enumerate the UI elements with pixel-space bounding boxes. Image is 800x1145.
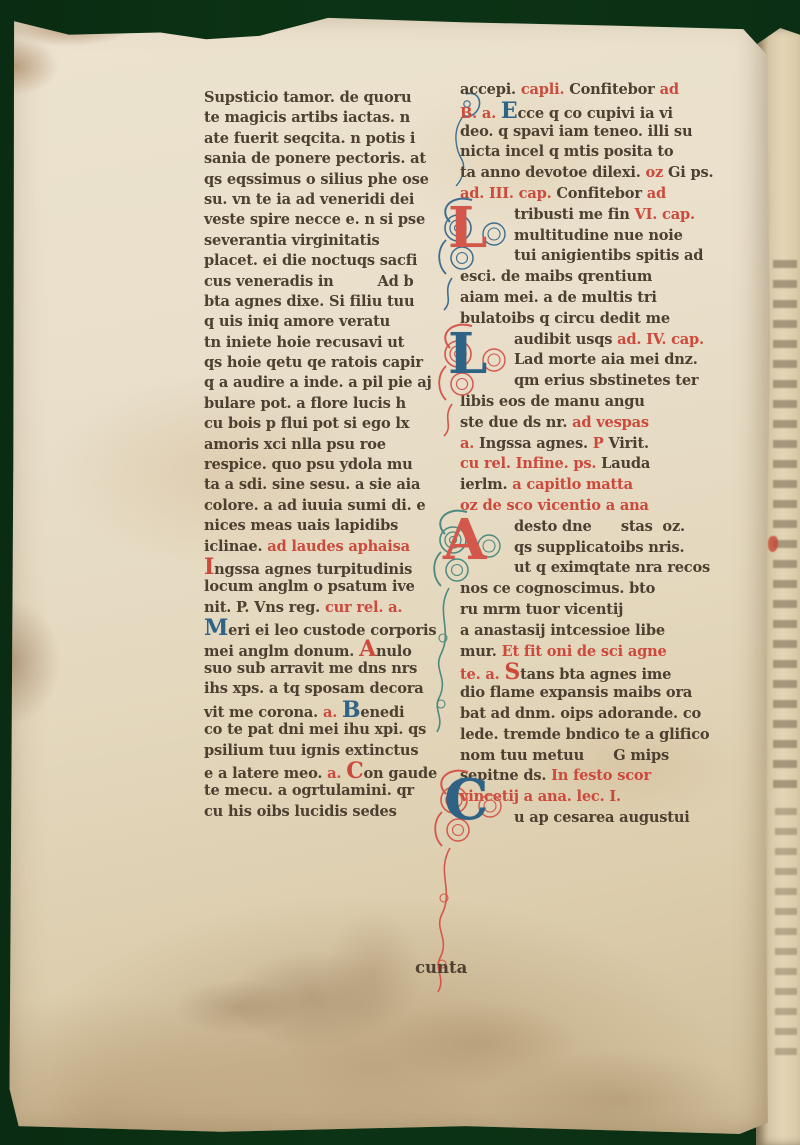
manuscript-line: ierlm. a capitlo matta xyxy=(460,475,752,496)
manuscript-photo: Supsticio tamor. de quorute magicis arti… xyxy=(0,0,800,1145)
text-segment: ierlm. xyxy=(460,476,512,493)
text-segment: qs eqssimus o silius phe ose xyxy=(204,171,429,188)
text-segment: ta anno devotoe dilexi. xyxy=(460,164,646,181)
text-segment-red: In festo scor xyxy=(551,767,651,784)
manuscript-line: Supsticio tamor. de quoru xyxy=(204,88,458,108)
text-segment-red: oz de sco vicentio a ana xyxy=(460,497,649,514)
text-segment-red: cu rel. Infine. ps. xyxy=(460,455,601,472)
text-segment: amoris xci nlla psu roe xyxy=(204,436,386,453)
manuscript-line: te. a. Stans bta agnes ime xyxy=(460,662,752,683)
text-segment: cus veneradis in Ad b xyxy=(204,273,414,290)
manuscript-line: ta a sdi. sine sesu. a sie aia xyxy=(204,475,458,495)
manuscript-line: aiam mei. a de multis tri xyxy=(460,288,752,309)
text-segment-red: ad vespas xyxy=(572,414,649,431)
manuscript-line: lede. tremde bndico te a glifico xyxy=(460,725,752,746)
text-segment-red: te. a. xyxy=(460,666,504,683)
text-segment: tribusti me fin xyxy=(514,206,635,223)
manuscript-line: a. Ingssa agnes. P Virit. xyxy=(460,434,752,455)
manuscript-line: a anastasij intcessioe libe xyxy=(460,621,752,642)
manuscript-line: su. vn te ia ad veneridi dei xyxy=(204,190,458,210)
text-segment: bulare pot. a flore lucis h xyxy=(204,395,406,412)
manuscript-line: psilium tuu ignis extinctus xyxy=(204,741,458,761)
text-segment: co te pat dni mei ihu xpi. qs xyxy=(204,721,426,738)
manuscript-line: ta anno devotoe dilexi. oz Gi ps. xyxy=(460,163,752,184)
manuscript-line: sania de ponere pectoris. at xyxy=(204,149,458,169)
manuscript-line: cus veneradis in Ad b xyxy=(204,272,458,292)
text-segment: veste spire necce e. n si pse xyxy=(204,211,425,228)
manuscript-line: tribusti me fin VI. cap. xyxy=(460,205,752,226)
manuscript-line: suo sub arravit me dns nrs xyxy=(204,659,458,679)
manuscript-line: mei anglm donum. Anulo xyxy=(204,639,458,659)
manuscript-line: u ap cesarea augustui xyxy=(460,808,752,829)
text-segment: Virit. xyxy=(608,435,648,452)
text-segment: mei anglm donum. xyxy=(204,643,359,660)
text-segment: severantia virginitatis xyxy=(204,232,380,249)
text-segment: ru mrm tuor vicentij xyxy=(460,601,623,618)
manuscript-line: qs supplicatoibs nris. xyxy=(460,538,752,559)
manuscript-line: bat ad dnm. oips adorande. co xyxy=(460,704,752,725)
manuscript-line: bta agnes dixe. Si filiu tuu xyxy=(204,292,458,312)
text-segment-red: capli. xyxy=(521,81,569,98)
text-segment: respice. quo psu ydola mu xyxy=(204,456,413,473)
manuscript-line: multitudine nue noie xyxy=(460,226,752,247)
text-segment: bulatoibs q circu dedit me xyxy=(460,310,670,327)
manuscript-line: ru mrm tuor vicentij xyxy=(460,600,752,621)
manuscript-line: dio flame expansis maibs ora xyxy=(460,683,752,704)
text-segment: Ingssa agnes. xyxy=(479,435,593,452)
manuscript-line: iclinae. ad laudes aphaisa xyxy=(204,537,458,557)
manuscript-line: qm erius sbstinetes ter xyxy=(460,371,752,392)
manuscript-line: respice. quo psu ydola mu xyxy=(204,455,458,475)
manuscript-line: q a audire a inde. a pil pie aj xyxy=(204,373,458,393)
text-segment: accepi. xyxy=(460,81,521,98)
text-segment-red: ad xyxy=(647,185,666,202)
text-segment: e a latere meo. xyxy=(204,765,327,782)
parchment-mottling xyxy=(8,904,770,1134)
text-segment-red: P xyxy=(593,435,609,452)
text-segment: sania de ponere pectoris. at xyxy=(204,150,426,167)
manuscript-line: sepitne ds. In festo scor xyxy=(460,766,752,787)
manuscript-line: ste due ds nr. ad vespas xyxy=(460,413,752,434)
text-segment: te mecu. a ogrtulamini. qr xyxy=(204,782,414,799)
text-segment: sepitne ds. xyxy=(460,767,551,784)
manuscript-line: nit. P. Vns reg. cur rel. a. xyxy=(204,598,458,618)
text-segment-red: cur rel. a. xyxy=(325,599,402,616)
text-segment-redinit: C xyxy=(346,758,363,784)
text-segment-red: VI. cap. xyxy=(635,206,695,223)
manuscript-line: tn iniete hoie recusavi ut xyxy=(204,333,458,353)
manuscript-line: vit me corona. a. Benedi xyxy=(204,700,458,720)
manuscript-line: tui anigientibs spitis ad xyxy=(460,246,752,267)
manuscript-line: desto dne stas oz. xyxy=(460,517,752,538)
text-segment: nom tuu metuu G mips xyxy=(460,747,669,764)
text-segment: ihs xps. a tq sposam decora xyxy=(204,680,424,697)
manuscript-line: locum anglm o psatum ive xyxy=(204,577,458,597)
manuscript-line: vincetij a ana. lec. I. xyxy=(460,787,752,808)
text-segment: bat ad dnm. oips adorande. co xyxy=(460,705,701,722)
manuscript-line: veste spire necce e. n si pse xyxy=(204,210,458,230)
manuscript-line: Ingssa agnes turpitudinis xyxy=(204,557,458,577)
text-segment: multitudine nue noie xyxy=(514,227,683,244)
text-segment: tui anigientibs spitis ad xyxy=(514,247,703,264)
manuscript-line: q uis iniq amore veratu xyxy=(204,312,458,332)
text-segment: Supsticio tamor. de quoru xyxy=(204,89,411,106)
manuscript-line: bulatoibs q circu dedit me xyxy=(460,309,752,330)
text-segment: deo. q spavi iam teneo. illi su xyxy=(460,123,692,140)
text-segment: libis eos de manu angu xyxy=(460,393,645,410)
manuscript-line: te mecu. a ogrtulamini. qr xyxy=(204,781,458,801)
manuscript-line: nom tuu metuu G mips xyxy=(460,746,752,767)
manuscript-line: cu his oibs lucidis sedes xyxy=(204,802,458,822)
text-segment-redinit: A xyxy=(359,636,376,662)
manuscript-line: B. a. Ecce q co cupivi ia vi xyxy=(460,101,752,122)
text-segment: ut q eximqtate nra recos xyxy=(514,559,710,576)
manuscript-line: ad. III. cap. Confitebor ad xyxy=(460,184,752,205)
text-segment-red: a capitlo matta xyxy=(512,476,633,493)
manuscript-line: deo. q spavi iam teneo. illi su xyxy=(460,122,752,143)
text-segment: dio flame expansis maibs ora xyxy=(460,684,692,701)
text-segment: u ap cesarea augustui xyxy=(514,809,690,826)
text-segment: suo sub arravit me dns nrs xyxy=(204,660,417,677)
manuscript-line: ate fuerit seqcita. n potis i xyxy=(204,129,458,149)
text-segment: su. vn te ia ad veneridi dei xyxy=(204,191,414,208)
manuscript-line: placet. ei die noctuqs sacfi xyxy=(204,251,458,271)
text-segment: cu bois p flui pot si ego lx xyxy=(204,415,409,432)
text-segment: qs hoie qetu qe ratois capir xyxy=(204,354,423,371)
text-segment: psilium tuu ignis extinctus xyxy=(204,742,418,759)
text-segment-redinit: I xyxy=(204,554,214,580)
text-segment: on gaude xyxy=(364,765,438,782)
text-segment-red: ad. III. cap. xyxy=(460,185,556,202)
manuscript-line: esci. de maibs qrentium xyxy=(460,267,752,288)
text-segment: qs supplicatoibs nris. xyxy=(514,539,684,556)
manuscript-line: bulare pot. a flore lucis h xyxy=(204,394,458,414)
text-segment: Confitebor xyxy=(556,185,646,202)
text-segment: tans bta agnes ime xyxy=(520,666,671,683)
text-segment: ta a sdi. sine sesu. a sie aia xyxy=(204,476,420,493)
manuscript-line: qs hoie qetu qe ratois capir xyxy=(204,353,458,373)
text-segment: a anastasij intcessioe libe xyxy=(460,622,665,639)
text-segment: te magicis artibs iactas. n xyxy=(204,109,410,126)
text-segment-red: a. xyxy=(327,765,346,782)
next-page-ghost-text xyxy=(773,260,797,788)
text-segment: ste due ds nr. xyxy=(460,414,572,431)
catchword: cunta xyxy=(415,958,467,977)
text-segment: nos ce cognoscimus. bto xyxy=(460,580,655,597)
text-segment-red: vincetij a ana. lec. I. xyxy=(460,788,621,805)
text-segment-red: B. a. xyxy=(460,105,501,122)
text-segment: ngssa agnes turpitudinis xyxy=(214,561,412,578)
text-segment: cu his oibs lucidis sedes xyxy=(204,803,397,820)
manuscript-line: ut q eximqtate nra recos xyxy=(460,558,752,579)
text-segment-red: ad laudes aphaisa xyxy=(267,538,410,555)
manuscript-line: nos ce cognoscimus. bto xyxy=(460,579,752,600)
text-segment: iclinae. xyxy=(204,538,267,555)
manuscript-line: severantia virginitatis xyxy=(204,231,458,251)
manuscript-line: amoris xci nlla psu roe xyxy=(204,435,458,455)
text-segment: esci. de maibs qrentium xyxy=(460,268,652,285)
text-column-left: Supsticio tamor. de quorute magicis arti… xyxy=(204,88,458,822)
text-segment: qm erius sbstinetes ter xyxy=(514,372,698,389)
text-segment: colore. a ad iuuia sumi di. e xyxy=(204,497,425,514)
text-segment: vit me corona. xyxy=(204,704,323,721)
text-segment-blueinit: E xyxy=(501,98,518,124)
text-segment: ate fuerit seqcita. n potis i xyxy=(204,130,415,147)
text-segment: Confitebor xyxy=(569,81,659,98)
manuscript-line: e a latere meo. a. Con gaude xyxy=(204,761,458,781)
text-segment-redinit: S xyxy=(504,659,520,685)
manuscript-line: nices meas uais lapidibs xyxy=(204,516,458,536)
manuscript-line: oz de sco vicentio a ana xyxy=(460,496,752,517)
text-segment: bta agnes dixe. Si filiu tuu xyxy=(204,293,414,310)
next-page-ghost-text-lower xyxy=(775,808,797,1058)
manuscript-line: libis eos de manu angu xyxy=(460,392,752,413)
text-segment: cce q co cupivi ia vi xyxy=(518,105,673,122)
manuscript-line: colore. a ad iuuia sumi di. e xyxy=(204,496,458,516)
text-segment: Lad morte aia mei dnz. xyxy=(514,351,698,368)
manuscript-line: cu rel. Infine. ps. Lauda xyxy=(460,454,752,475)
manuscript-line: te magicis artibs iactas. n xyxy=(204,108,458,128)
manuscript-line: qs eqssimus o silius phe ose xyxy=(204,170,458,190)
text-segment: mur. xyxy=(460,643,502,660)
text-segment-blueinit: M xyxy=(204,615,228,641)
manuscript-line: Meri ei leo custode corporis xyxy=(204,618,458,638)
text-segment: nulo xyxy=(376,643,412,660)
text-segment-red: a. xyxy=(323,704,342,721)
manuscript-line: co te pat dni mei ihu xpi. qs xyxy=(204,720,458,740)
text-segment: eri ei leo custode corporis xyxy=(228,622,436,639)
text-segment: locum anglm o psatum ive xyxy=(204,578,415,595)
manuscript-line: audibit usqs ad. IV. cap. xyxy=(460,330,752,351)
text-segment: desto dne stas oz. xyxy=(514,518,685,535)
text-segment: q uis iniq amore veratu xyxy=(204,313,390,330)
text-column-right: accepi. capli. Confitebor adB. a. Ecce q… xyxy=(460,80,752,829)
manuscript-line: Lad morte aia mei dnz. xyxy=(460,350,752,371)
text-segment-red: ad. IV. cap. xyxy=(617,331,704,348)
text-segment: q a audire a inde. a pil pie aj xyxy=(204,374,432,391)
text-segment: nicta incel q mtis posita to xyxy=(460,143,673,160)
text-segment-red: ad xyxy=(660,81,679,98)
text-segment: tn iniete hoie recusavi ut xyxy=(204,334,404,351)
text-segment: aiam mei. a de multis tri xyxy=(460,289,657,306)
text-segment: enedi xyxy=(360,704,404,721)
text-segment-red: Et fit oni de sci agne xyxy=(502,643,667,660)
text-segment-red: oz xyxy=(646,164,669,181)
text-segment-red: a. xyxy=(460,435,479,452)
text-segment: nit. P. Vns reg. xyxy=(204,599,325,616)
text-segment: placet. ei die noctuqs sacfi xyxy=(204,252,417,269)
manuscript-line: nicta incel q mtis posita to xyxy=(460,142,752,163)
text-segment: Lauda xyxy=(601,455,650,472)
manuscript-page: Supsticio tamor. de quorute magicis arti… xyxy=(8,10,770,1134)
text-segment-blueinit: B xyxy=(342,697,360,723)
text-segment: lede. tremde bndico te a glifico xyxy=(460,726,709,743)
text-segment: Gi ps. xyxy=(668,164,713,181)
text-segment: nices meas uais lapidibs xyxy=(204,517,398,534)
manuscript-line: cu bois p flui pot si ego lx xyxy=(204,414,458,434)
manuscript-line: ihs xps. a tq sposam decora xyxy=(204,679,458,699)
text-segment: audibit usqs xyxy=(514,331,617,348)
